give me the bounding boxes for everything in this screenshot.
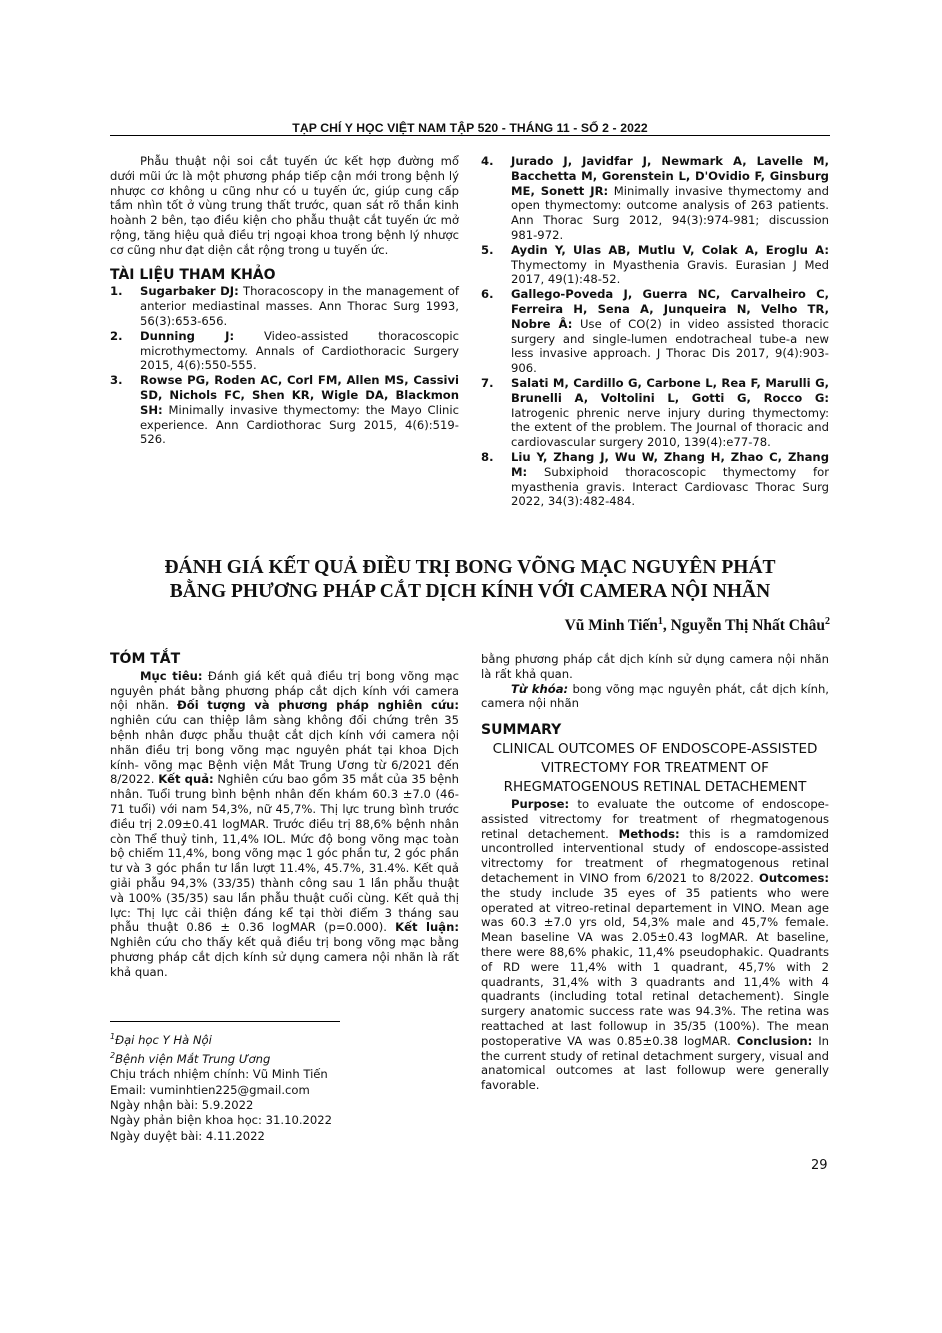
author-name: Nguyễn Thị Nhất Châu [671, 617, 825, 634]
prev-article-right-column: 4.Jurado J, Javidfar J, Newmark A, Lavel… [481, 154, 829, 509]
header-rule [110, 135, 830, 136]
author-name: Vũ Minh Tiến [565, 617, 658, 634]
reference-number: 8. [481, 450, 493, 465]
article-authors: Vũ Minh Tiến1, Nguyễn Thị Nhất Châu2 [565, 616, 830, 635]
reference-text: Minimally invasive thymectomy: the Mayo … [140, 403, 459, 447]
methods-label: Methods: [619, 827, 680, 841]
reference-item: 2.Dunning J: Video-assisted thoracoscopi… [110, 329, 459, 373]
date-reviewed: Ngày phản biện khoa học: 31.10.2022 [110, 1113, 460, 1128]
date-accepted: Ngày duyệt bài: 4.11.2022 [110, 1129, 460, 1144]
prev-conclusion-paragraph: Phẫu thuật nội soi cắt tuyến ức kết hợp … [110, 154, 459, 258]
outcomes-label: Outcomes: [759, 871, 829, 885]
keywords: Từ khóa: bong võng mạc nguyên phát, cắt … [481, 682, 829, 712]
methods-label: Đối tượng và phương pháp nghiên cứu: [177, 698, 459, 712]
author-affiliation-sup: 2 [825, 616, 830, 627]
reference-authors: Salati M, Cardillo G, Carbone L, Rea F, … [511, 376, 829, 405]
summary-body: Purpose: to evaluate the outcome of endo… [481, 797, 829, 1093]
running-head: TẠP CHÍ Y HỌC VIỆT NAM TẬP 520 - THÁNG 1… [110, 121, 830, 135]
email: Email: vuminhtien225@gmail.com [110, 1083, 460, 1098]
affiliation-1: 1Đại học Y Hà Nội [110, 1029, 460, 1048]
results-label: Kết quả: [158, 772, 213, 786]
keywords-label: Từ khóa: [511, 682, 568, 696]
affiliation-2: 2Bệnh viện Mắt Trung Ương [110, 1048, 460, 1067]
references-heading: TÀI LIỆU THAM KHẢO [110, 268, 459, 283]
reference-item: 7.Salati M, Cardillo G, Carbone L, Rea F… [481, 376, 829, 450]
reference-text: Subxiphoid thoracoscopic thymectomy for … [511, 465, 829, 509]
article-title-line1: ĐÁNH GIÁ KẾT QUẢ ĐIỀU TRỊ BONG VÕNG MẠC … [110, 556, 830, 580]
reference-text: Iatrogenic phrenic nerve injury during t… [511, 406, 829, 450]
reference-item: 5.Aydin Y, Ulas AB, Mutlu V, Colak A, Er… [481, 243, 829, 287]
affiliation-text: Bệnh viện Mắt Trung Ương [115, 1052, 270, 1066]
reference-authors: Sugarbaker DJ: [140, 284, 239, 298]
affiliation-text: Đại học Y Hà Nội [115, 1033, 212, 1047]
reference-authors: Dunning J: [140, 329, 234, 343]
reference-item: 3.Rowse PG, Roden AC, Corl FM, Allen MS,… [110, 373, 459, 447]
reference-authors: Aydin Y, Ulas AB, Mutlu V, Colak A, Erog… [511, 243, 829, 257]
conclusion-label: Conclusion: [737, 1034, 813, 1048]
footnotes: 1Đại học Y Hà Nội 2Bệnh viện Mắt Trung Ư… [110, 1029, 460, 1144]
conclusion-label: Kết luận: [395, 920, 459, 934]
reference-number: 4. [481, 154, 493, 169]
purpose-label: Purpose: [511, 797, 569, 811]
article-title: ĐÁNH GIÁ KẾT QUẢ ĐIỀU TRỊ BONG VÕNG MẠC … [110, 556, 830, 604]
outcomes-text: the study include 35 eyes of 35 patients… [481, 886, 829, 1048]
corresponding-author: Chịu trách nhiệm chính: Vũ Minh Tiến [110, 1067, 460, 1082]
summary-heading: SUMMARY [481, 723, 829, 738]
page-number: 29 [811, 1158, 828, 1173]
date-received: Ngày nhận bài: 5.9.2022 [110, 1098, 460, 1113]
reference-item: 4.Jurado J, Javidfar J, Newmark A, Lavel… [481, 154, 829, 243]
references-list-right: 4.Jurado J, Javidfar J, Newmark A, Lavel… [481, 154, 829, 509]
abstract-vi: TÓM TẮT Mục tiêu: Đánh giá kết quả điều … [110, 652, 459, 980]
reference-item: 8.Liu Y, Zhang J, Wu W, Zhang H, Zhao C,… [481, 450, 829, 509]
summary-title: CLINICAL OUTCOMES OF ENDOSCOPE-ASSISTED … [481, 740, 829, 797]
article-title-line2: BẰNG PHƯƠNG PHÁP CẮT DỊCH KÍNH VỚI CAMER… [110, 580, 830, 604]
reference-number: 2. [110, 329, 122, 344]
abstract-vi-continued-and-summary: bằng phương pháp cắt dịch kính sử dụng c… [481, 652, 829, 1093]
reference-number: 7. [481, 376, 493, 391]
conclusion-text: Nghiên cứu cho thấy kết quả điều trị bon… [110, 935, 459, 979]
results-text: Nghiên cứu bao gồm 35 mắt của 35 bệnh nh… [110, 772, 459, 934]
reference-number: 1. [110, 284, 122, 299]
footnote-rule [110, 1021, 340, 1022]
reference-item: 6.Gallego-Poveda J, Guerra NC, Carvalhei… [481, 287, 829, 376]
reference-number: 3. [110, 373, 122, 388]
abstract-vi-heading: TÓM TẮT [110, 652, 459, 667]
reference-number: 6. [481, 287, 493, 302]
objective-label: Mục tiêu: [140, 669, 203, 683]
abstract-vi-continuation: bằng phương pháp cắt dịch kính sử dụng c… [481, 652, 829, 682]
author-separator: , [663, 617, 671, 634]
prev-article-left-column: Phẫu thuật nội soi cắt tuyến ức kết hợp … [110, 154, 459, 447]
reference-item: 1.Sugarbaker DJ: Thoracoscopy in the man… [110, 284, 459, 328]
reference-text: Thymectomy in Myasthenia Gravis. Eurasia… [511, 258, 829, 287]
references-list-left: 1.Sugarbaker DJ: Thoracoscopy in the man… [110, 284, 459, 447]
reference-number: 5. [481, 243, 493, 258]
abstract-vi-body: Mục tiêu: Đánh giá kết quả điều trị bong… [110, 669, 459, 980]
